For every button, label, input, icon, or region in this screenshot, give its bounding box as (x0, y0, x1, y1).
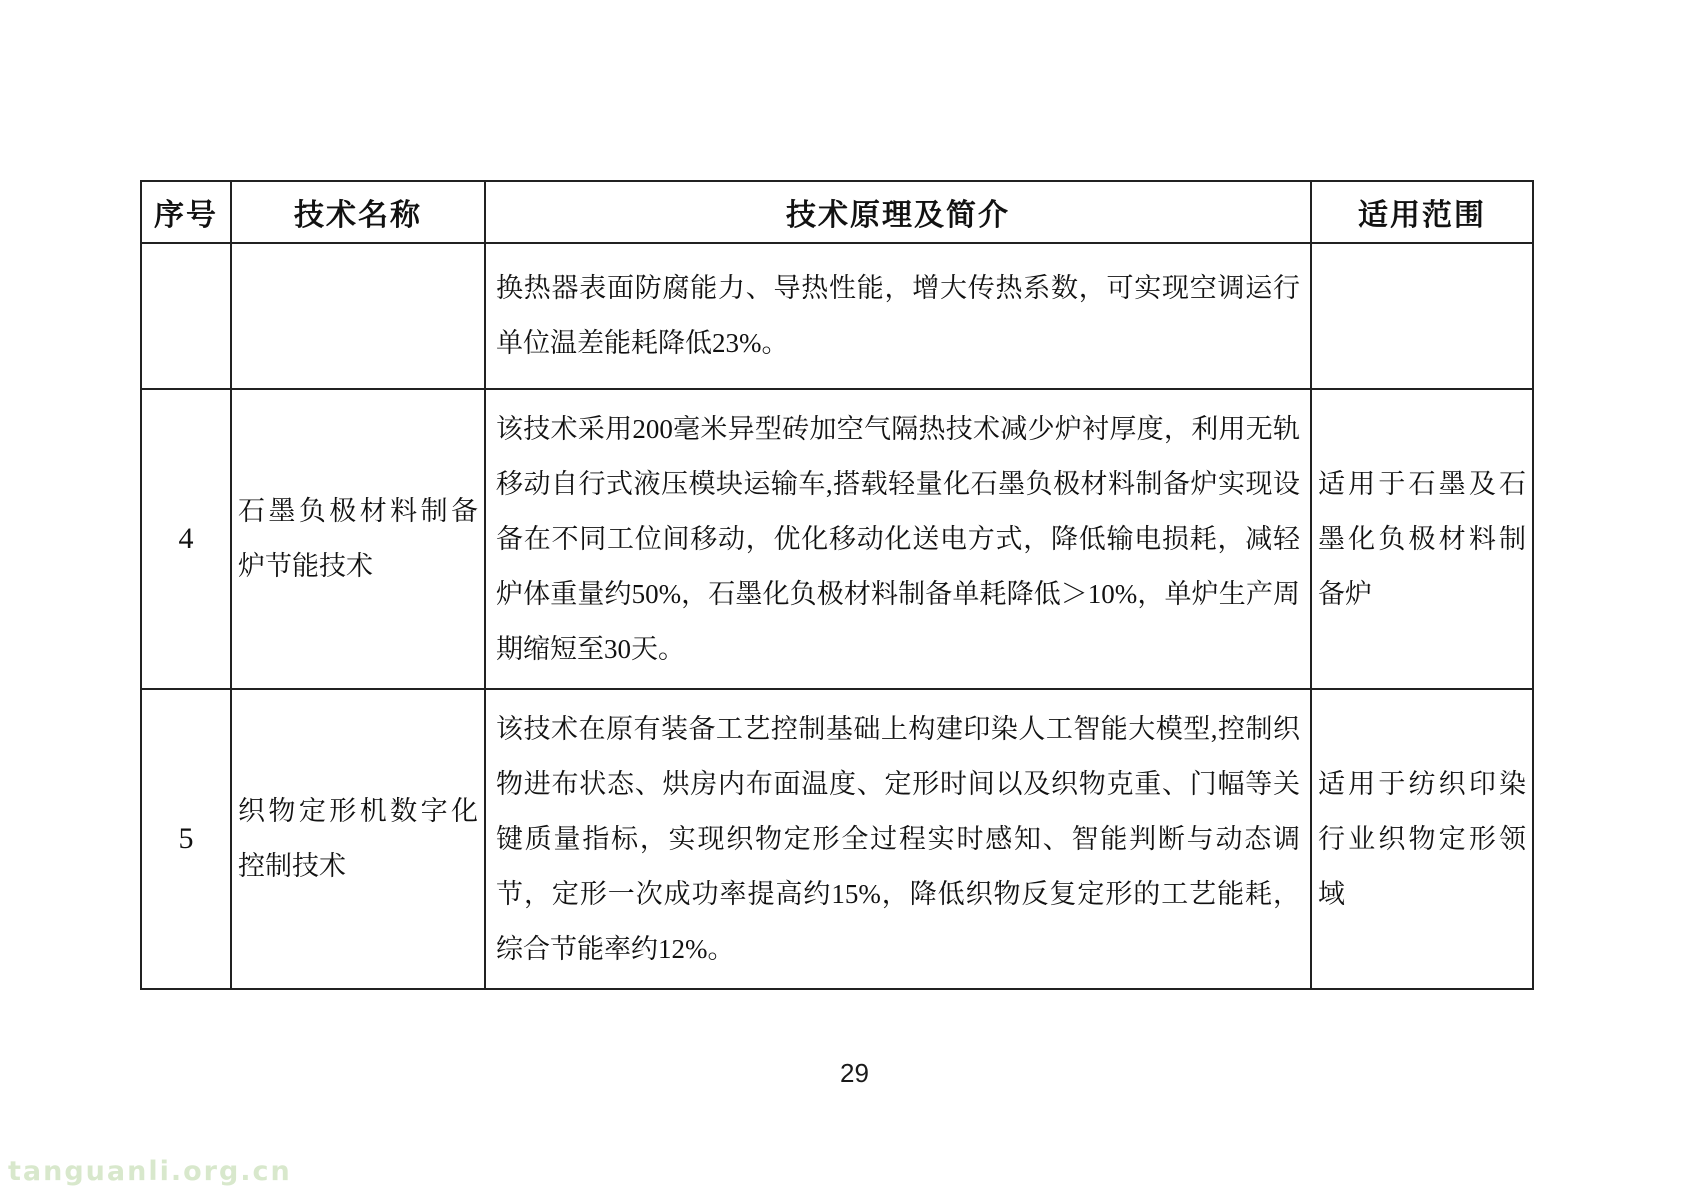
header-description: 技术原理及简介 (485, 181, 1311, 243)
seq-cell: 5 (141, 689, 231, 989)
scope-cell: 适用于纺织印染行业织物定形领域 (1311, 689, 1533, 989)
table-row-5: 5 织物定形机数字化控制技术 该技术在原有装备工艺控制基础上构建印染人工智能大模… (141, 689, 1533, 989)
table-header-row: 序号 技术名称 技术原理及简介 适用范围 (141, 181, 1533, 243)
seq-cell (141, 243, 231, 389)
watermark: tanguanli.org.cn (8, 1156, 292, 1187)
table-row-continuation: 换热器表面防腐能力、导热性能，增大传热系数，可实现空调运行单位温差能耗降低23%… (141, 243, 1533, 389)
description-cell: 该技术采用200毫米异型砖加空气隔热技术减少炉衬厚度，利用无轨移动自行式液压模块… (485, 389, 1311, 689)
name-cell (231, 243, 485, 389)
name-cell: 石墨负极材料制备炉节能技术 (231, 389, 485, 689)
header-scope: 适用范围 (1311, 181, 1533, 243)
seq-cell: 4 (141, 389, 231, 689)
scope-cell: 适用于石墨及石墨化负极材料制备炉 (1311, 389, 1533, 689)
table-row-4: 4 石墨负极材料制备炉节能技术 该技术采用200毫米异型砖加空气隔热技术减少炉衬… (141, 389, 1533, 689)
description-cell: 换热器表面防腐能力、导热性能，增大传热系数，可实现空调运行单位温差能耗降低23%… (485, 243, 1311, 389)
technology-table: 序号 技术名称 技术原理及简介 适用范围 换热器表面防腐能力、导热性能，增大传热… (140, 180, 1534, 990)
page-number: 29 (0, 1058, 1683, 1089)
header-seq: 序号 (141, 181, 231, 243)
scope-cell (1311, 243, 1533, 389)
description-cell: 该技术在原有装备工艺控制基础上构建印染人工智能大模型,控制织物进布状态、烘房内布… (485, 689, 1311, 989)
document-page: 序号 技术名称 技术原理及简介 适用范围 换热器表面防腐能力、导热性能，增大传热… (0, 0, 1683, 1190)
header-name: 技术名称 (231, 181, 485, 243)
name-cell: 织物定形机数字化控制技术 (231, 689, 485, 989)
